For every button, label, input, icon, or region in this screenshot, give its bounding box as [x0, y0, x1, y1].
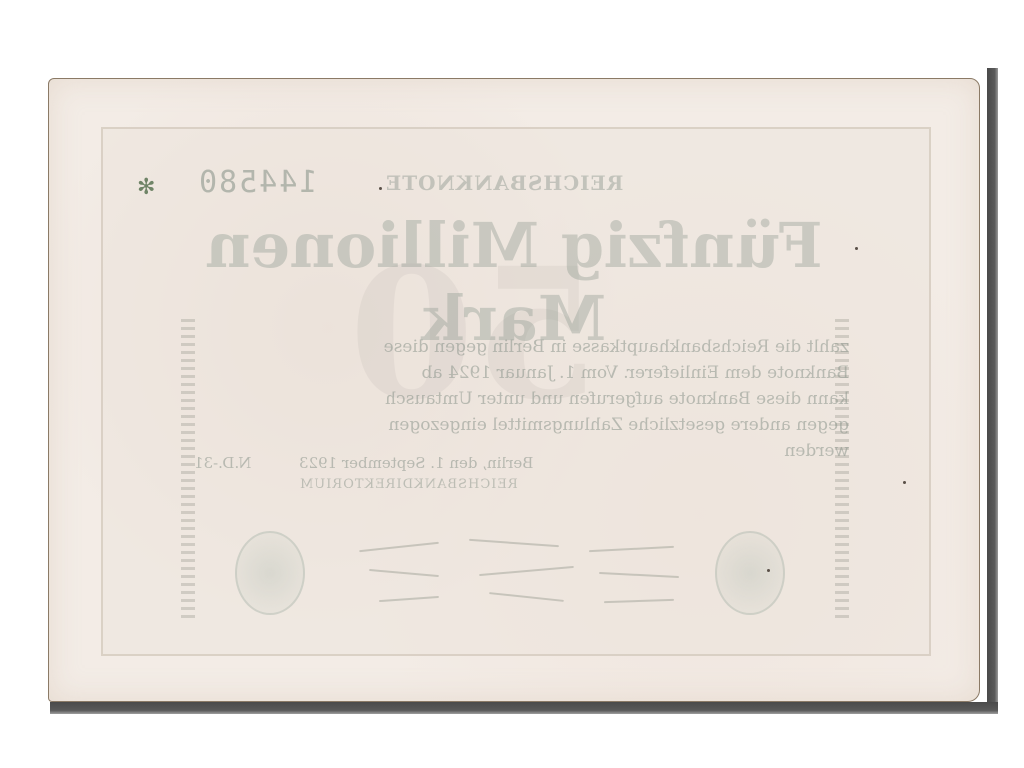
paper-speck: [767, 569, 770, 572]
drop-shadow-bottom: [50, 702, 998, 714]
issuer-text: REICHSBANKNOTE: [385, 171, 623, 195]
directorate-text: REICHSBANKDIREKTORIUM: [299, 477, 518, 492]
directorate: REICHSBANKDIREKTORIUM: [299, 477, 518, 492]
signature-stroke: [589, 546, 674, 552]
signature-stroke: [604, 599, 674, 603]
serial-number: 144580: [197, 165, 317, 200]
signature-stroke: [479, 566, 574, 576]
paper-speck: [379, 187, 382, 190]
series-code-text: N.D.-31: [194, 454, 251, 472]
signature-stroke: [489, 592, 564, 602]
right-seal-icon: [715, 531, 785, 615]
issuer-heading: REICHSBANKNOTE: [385, 171, 623, 195]
signature-stroke: [369, 569, 439, 577]
body-line: zahlt die Reichsbankhauptkasse in Berlin…: [169, 334, 849, 360]
banknote: 50 ✻ 144580 REICHSBANKNOTE Fünfzig Milli…: [48, 78, 980, 702]
series-code: N.D.-31: [194, 454, 251, 472]
left-seal-icon: [235, 531, 305, 615]
signature-stroke: [469, 539, 559, 547]
signature-stroke: [379, 596, 439, 602]
paper-speck: [903, 481, 906, 484]
body-line: gegen andere gesetzliche Zahlungsmittel …: [169, 412, 849, 438]
drop-shadow-right: [987, 68, 998, 712]
signature-stroke: [359, 542, 439, 552]
serial-number-text: 144580: [197, 165, 317, 200]
body-line: kann diese Banknote aufgerufen und unter…: [169, 386, 849, 412]
signatures: [349, 534, 709, 614]
place-date-text: Berlin, den 1. September 1923: [299, 454, 533, 472]
body-text: zahlt die Reichsbankhauptkasse in Berlin…: [169, 334, 849, 464]
body-line: Banknote dem Einlieferer. Vom 1. Januar …: [169, 360, 849, 386]
star-mark-icon: ✻: [137, 175, 155, 200]
paper-speck: [855, 247, 858, 250]
signature-stroke: [599, 572, 679, 578]
place-date: Berlin, den 1. September 1923: [299, 454, 533, 472]
